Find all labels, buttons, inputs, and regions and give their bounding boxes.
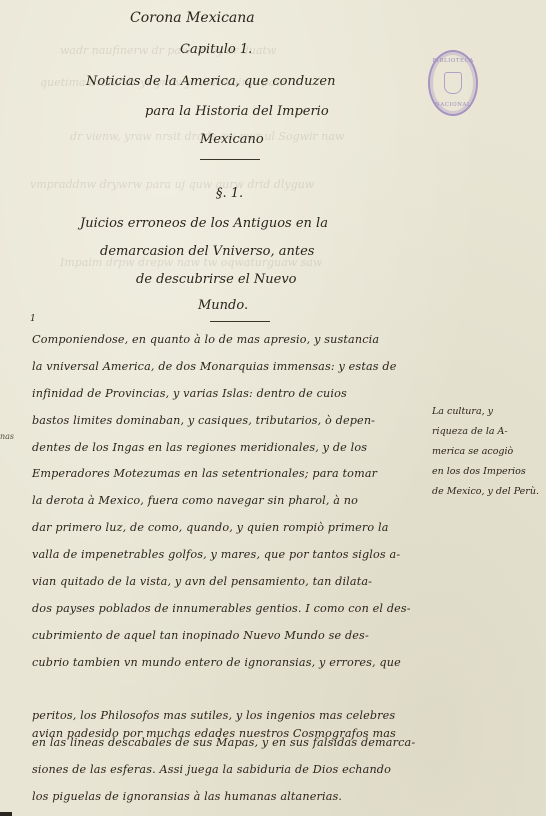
section-title-line: demarcasion del Vniverso, antes bbox=[100, 244, 314, 259]
body-line: infinidad de Provincias, y varias Islas:… bbox=[32, 387, 347, 400]
margin-note-line: de Mexico, y del Perù. bbox=[432, 486, 539, 497]
stamp-top-text: BIBLIOTECA bbox=[430, 58, 476, 64]
body-line: dentes de los Ingas en las regiones meri… bbox=[32, 441, 367, 454]
stamp-bottom-text: NACIONAL bbox=[430, 102, 476, 108]
chapter-title-line: Noticias de la America, que conduzen bbox=[86, 74, 335, 89]
margin-note-line: La cultura, y bbox=[432, 406, 493, 417]
chapter-label: Capitulo 1. bbox=[180, 42, 252, 57]
body-line: la derota à Mexico, fuera como navegar s… bbox=[32, 494, 358, 507]
body-line: la vniversal America, de dos Monarquias … bbox=[32, 360, 396, 373]
body-line: avian padesido por muchas edades nuestro… bbox=[32, 727, 396, 740]
body-line: Emperadores Motezumas en las setentriona… bbox=[32, 467, 377, 480]
series-title: Corona Mexicana bbox=[130, 10, 255, 26]
body-line: valla de impenetrables golfos, y mares, … bbox=[32, 548, 400, 561]
paragraph-marker: 1 bbox=[30, 314, 36, 324]
section-number: §. 1. bbox=[216, 186, 243, 201]
section-title-line: Mundo. bbox=[198, 298, 248, 313]
body-line: bastos limites dominaban, y casiques, tr… bbox=[32, 414, 375, 427]
section-title-line: Juicios erroneos de los Antiguos en la bbox=[80, 216, 328, 231]
body-line: dar primero luz, de como, quando, y quie… bbox=[32, 521, 389, 534]
body-line: cubrimiento de aquel tan inopinado Nuevo… bbox=[32, 629, 369, 642]
body-line: cubrio tambien vn mundo entero de ignora… bbox=[32, 656, 401, 669]
section-divider bbox=[210, 321, 270, 322]
coat-of-arms-icon bbox=[444, 72, 462, 94]
body-line: Componiendose, en quanto à lo de mas apr… bbox=[32, 333, 379, 346]
page-edge-shadow bbox=[0, 812, 12, 816]
section-title-line: de descubrirse el Nuevo bbox=[136, 272, 297, 287]
margin-note-line: merica se acogiò bbox=[432, 446, 513, 457]
left-edge-fragment: nas bbox=[0, 432, 14, 441]
bleed-through-text: vmpraddnw drywrw para uj quw aurw drid d… bbox=[30, 178, 314, 191]
library-stamp: BIBLIOTECA NACIONAL bbox=[428, 50, 478, 116]
body-line: dos payses poblados de innumerables gent… bbox=[32, 602, 411, 615]
chapter-title-line: Mexicano bbox=[200, 132, 264, 147]
chapter-title-line: para la Historia del Imperio bbox=[145, 104, 329, 119]
margin-note-line: en los dos Imperios bbox=[432, 466, 526, 477]
manuscript-page: wadr naufinerw dr paw ortoy ar duatw que… bbox=[0, 0, 546, 816]
heading-divider bbox=[200, 159, 260, 160]
body-line: vian quitado de la vista, y avn del pens… bbox=[32, 575, 372, 588]
margin-note-line: riqueza de la A- bbox=[432, 426, 508, 437]
